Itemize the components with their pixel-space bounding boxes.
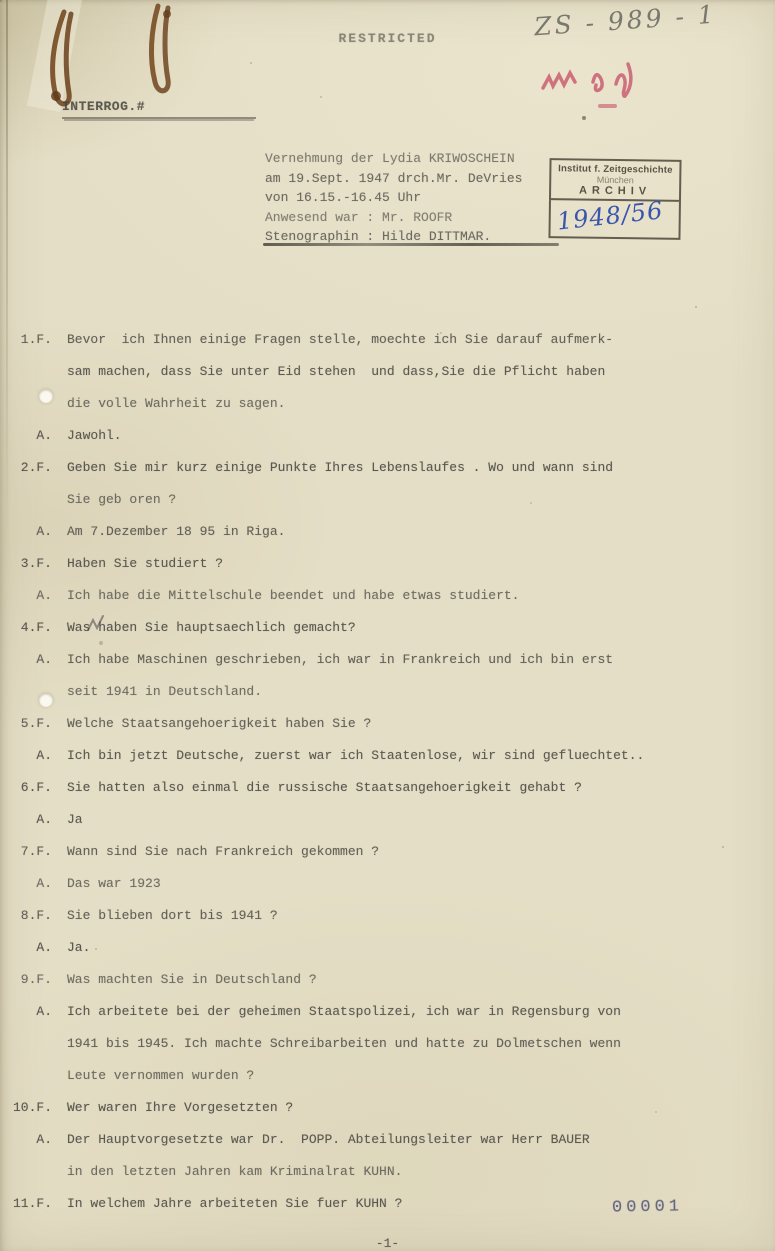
line-label: 9.F.: [0, 964, 52, 996]
line-label: A.: [0, 932, 52, 964]
line-text: Ich bin jetzt Deutsche, zuerst war ich S…: [67, 740, 644, 772]
transcript-line: A. Der Hauptvorgesetzte war Dr. POPP. Ab…: [0, 1124, 775, 1156]
transcript-line: 10.F. Wer waren Ihre Vorgesetzten ?: [0, 1092, 775, 1124]
transcript-line: die volle Wahrheit zu sagen.: [0, 388, 775, 420]
line-text: Bevor ich Ihnen einige Fragen stelle, mo…: [67, 324, 613, 356]
transcript-line: A. Das war 1923: [0, 868, 775, 900]
line-text: Sie hatten also einmal die russische Sta…: [67, 772, 582, 804]
line-text: seit 1941 in Deutschland.: [67, 676, 262, 708]
document-page: RESTRICTED ZS - 989 - 1 INTERROG.# Verne…: [0, 0, 775, 1251]
line-label: [0, 676, 52, 708]
archive-stamp-number: 1948/56: [556, 196, 665, 235]
transcript-line: 1941 bis 1945. Ich machte Schreibarbeite…: [0, 1028, 775, 1060]
transcript-line: A. Am 7.Dezember 18 95 in Riga.: [0, 516, 775, 548]
line-label: 5.F.: [0, 708, 52, 740]
line-label: [0, 1156, 52, 1188]
line-text: sam machen, dass Sie unter Eid stehen un…: [67, 356, 605, 388]
line-label: 10.F.: [0, 1092, 52, 1124]
line-label: A.: [0, 804, 52, 836]
line-label: 4.F.: [0, 612, 52, 644]
header-block: Vernehmung der Lydia KRIWOSCHEIN am 19.S…: [265, 149, 522, 247]
line-text: Ja: [67, 804, 83, 836]
header-line-subject: Vernehmung der Lydia KRIWOSCHEIN: [265, 149, 522, 169]
line-text: Sie geb oren ?: [67, 484, 176, 516]
line-text: Was haben Sie hauptsaechlich gemacht?: [67, 612, 356, 644]
stamp-city: München: [555, 174, 675, 186]
header-line-present: Anwesend war : Mr. ROOFR: [265, 208, 522, 228]
line-text: Das war 1923: [67, 868, 161, 900]
line-text: Was machten Sie in Deutschland ?: [67, 964, 317, 996]
archive-stamp: Institut f. Zeitgeschichte München ARCHI…: [548, 158, 681, 240]
transcript-line: 6.F. Sie hatten also einmal die russisch…: [0, 772, 775, 804]
transcript-line: A. Ich habe die Mittelschule beendet und…: [0, 580, 775, 612]
line-label: 11.F.: [0, 1188, 52, 1220]
line-label: A.: [0, 580, 52, 612]
line-label: [0, 1060, 52, 1092]
line-label: 2.F.: [0, 452, 52, 484]
line-label: A.: [0, 644, 52, 676]
line-text: 1941 bis 1945. Ich machte Schreibarbeite…: [67, 1028, 621, 1060]
line-label: [0, 388, 52, 420]
line-text: Geben Sie mir kurz einige Punkte Ihres L…: [67, 452, 613, 484]
line-text: Welche Staatsangehoerigkeit haben Sie ?: [67, 708, 371, 740]
transcript-line: in den letzten Jahren kam Kriminalrat KU…: [0, 1156, 775, 1188]
qa-transcript: 1.F. Bevor ich Ihnen einige Fragen stell…: [0, 324, 775, 1220]
foxing-specks: [0, 0, 2, 2]
line-label: 3.F.: [0, 548, 52, 580]
red-crayon-scribble-icon: [538, 52, 673, 114]
line-text: Ich arbeitete bei der geheimen Staatspol…: [67, 996, 621, 1028]
line-label: [0, 356, 52, 388]
line-label: 7.F.: [0, 836, 52, 868]
transcript-line: A. Ich arbeitete bei der geheimen Staats…: [0, 996, 775, 1028]
line-text: die volle Wahrheit zu sagen.: [67, 388, 285, 420]
page-stamp-number: 00001: [612, 1197, 683, 1217]
line-text: Jawohl.: [67, 420, 122, 452]
line-label: 6.F.: [0, 772, 52, 804]
header-underline: [263, 243, 559, 246]
line-text: Wann sind Sie nach Frankreich gekommen ?: [67, 836, 379, 868]
transcript-line: 1.F. Bevor ich Ihnen einige Fragen stell…: [0, 324, 775, 356]
header-line-time: von 16.15.-16.45 Uhr: [265, 188, 522, 208]
line-text: Wer waren Ihre Vorgesetzten ?: [67, 1092, 293, 1124]
line-label: A.: [0, 740, 52, 772]
line-label: A.: [0, 868, 52, 900]
transcript-line: 5.F. Welche Staatsangehoerigkeit haben S…: [0, 708, 775, 740]
line-text: Am 7.Dezember 18 95 in Riga.: [67, 516, 285, 548]
transcript-line: A. Ja.: [0, 932, 775, 964]
transcript-line: A. Jawohl.: [0, 420, 775, 452]
archive-stamp-box: Institut f. Zeitgeschichte München ARCHI…: [549, 158, 682, 202]
transcript-line: 9.F. Was machten Sie in Deutschland ?: [0, 964, 775, 996]
transcript-line: 3.F. Haben Sie studiert ?: [0, 548, 775, 580]
transcript-line: A. Ich habe Maschinen geschrieben, ich w…: [0, 644, 775, 676]
transcript-line: sam machen, dass Sie unter Eid stehen un…: [0, 356, 775, 388]
header-line-date: am 19.Sept. 1947 drch.Mr. DeVries: [265, 169, 522, 189]
transcript-line: seit 1941 in Deutschland.: [0, 676, 775, 708]
line-text: in den letzten Jahren kam Kriminalrat KU…: [67, 1156, 402, 1188]
transcript-line: 7.F. Wann sind Sie nach Frankreich gekom…: [0, 836, 775, 868]
transcript-line: A. Ja: [0, 804, 775, 836]
archive-stamp-number-box: 1948/56: [548, 200, 681, 240]
line-text: Haben Sie studiert ?: [67, 548, 223, 580]
line-text: Sie blieben dort bis 1941 ?: [67, 900, 278, 932]
classification-stamp: RESTRICTED: [0, 31, 775, 46]
line-text: Der Hauptvorgesetzte war Dr. POPP. Abtei…: [67, 1124, 590, 1156]
transcript-line: 4.F. Was haben Sie hauptsaechlich gemach…: [0, 612, 775, 644]
line-label: A.: [0, 516, 52, 548]
transcript-line: 2.F. Geben Sie mir kurz einige Punkte Ih…: [0, 452, 775, 484]
line-text: Ich habe Maschinen geschrieben, ich war …: [67, 644, 613, 676]
line-label: [0, 484, 52, 516]
line-label: 8.F.: [0, 900, 52, 932]
line-text: Ich habe die Mittelschule beendet und ha…: [67, 580, 519, 612]
transcript-line: 8.F. Sie blieben dort bis 1941 ?: [0, 900, 775, 932]
line-label: 1.F.: [0, 324, 52, 356]
transcript-line: Leute vernommen wurden ?: [0, 1060, 775, 1092]
line-text: In welchem Jahre arbeiteten Sie fuer KUH…: [67, 1188, 402, 1220]
interrog-label: INTERROG.#: [62, 99, 256, 119]
line-label: A.: [0, 420, 52, 452]
line-label: A.: [0, 1124, 52, 1156]
line-text: Ja.: [67, 932, 90, 964]
line-text: Leute vernommen wurden ?: [67, 1060, 254, 1092]
line-label: [0, 1028, 52, 1060]
transcript-line: Sie geb oren ?: [0, 484, 775, 516]
transcript-line: A. Ich bin jetzt Deutsche, zuerst war ic…: [0, 740, 775, 772]
line-label: A.: [0, 996, 52, 1028]
page-number: -1-: [0, 1236, 775, 1251]
